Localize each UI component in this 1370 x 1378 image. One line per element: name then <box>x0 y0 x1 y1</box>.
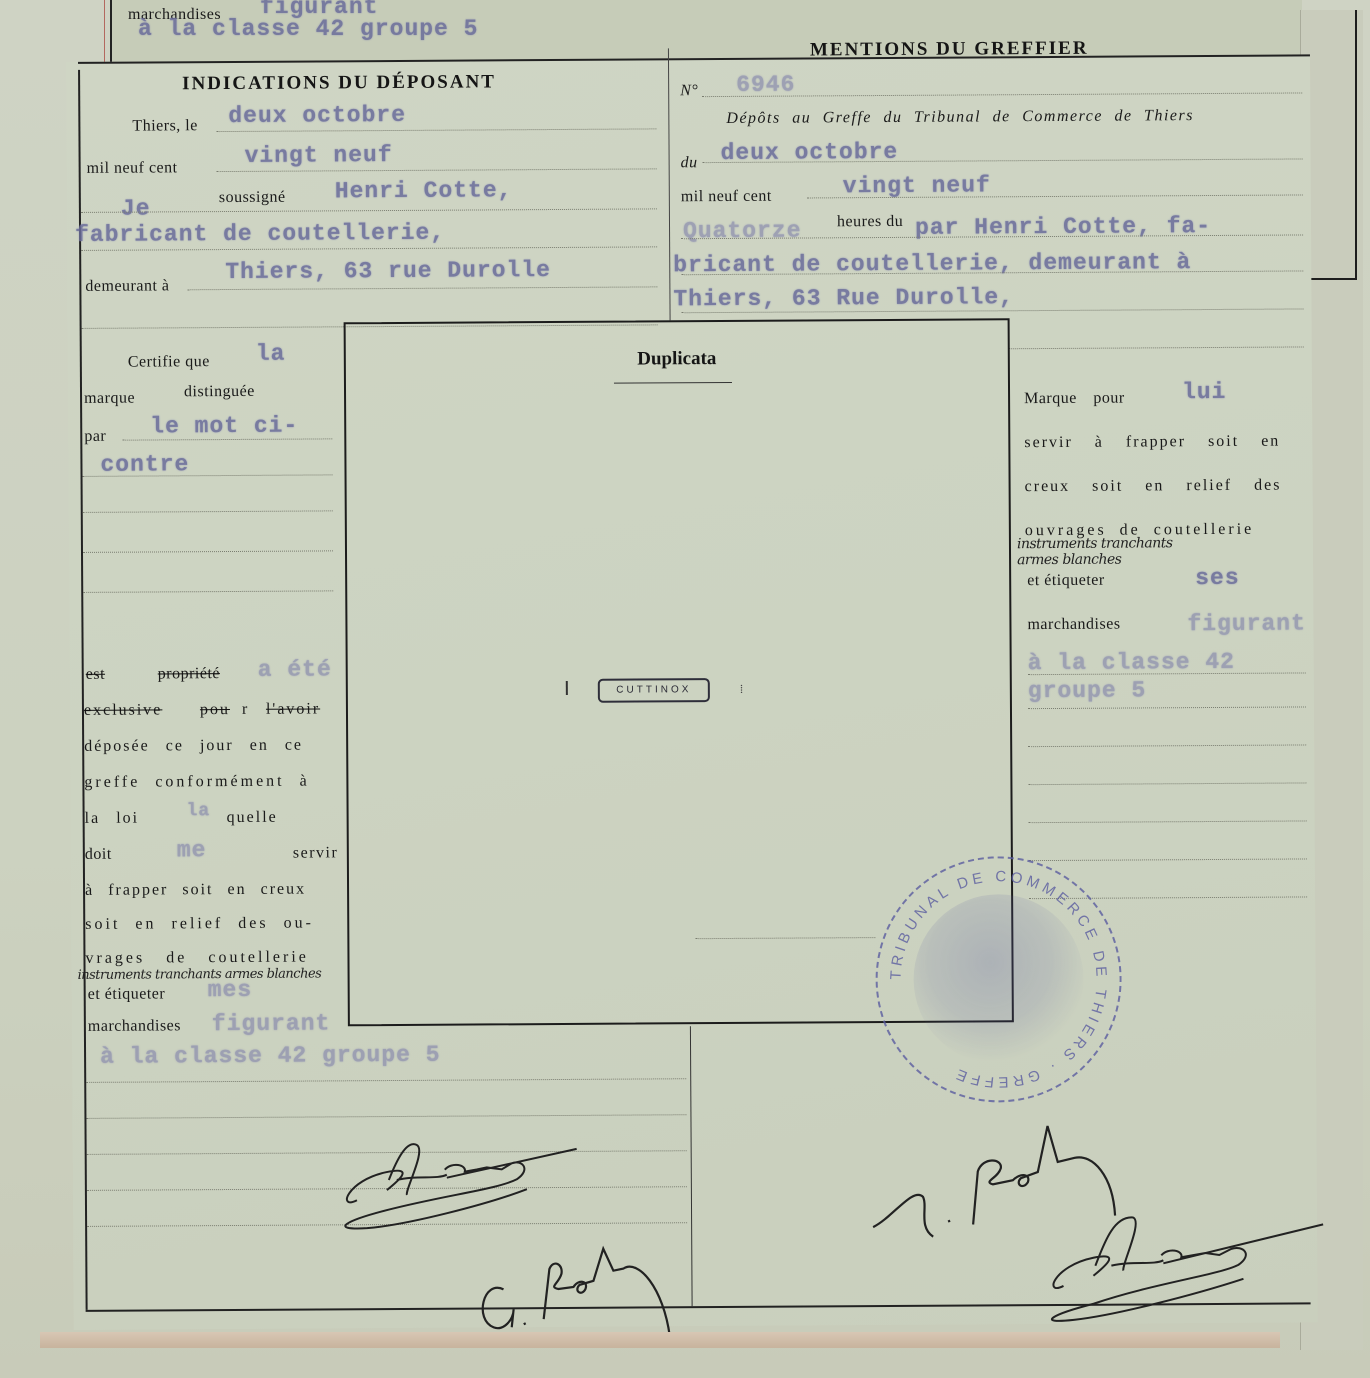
name-typed: Henri Cotte, <box>335 177 513 204</box>
handwritten-addition: instruments tranchants armes blanches <box>78 966 322 982</box>
dotted-line <box>1028 706 1306 709</box>
du-label: du <box>681 154 698 172</box>
struck-propriete: propriété <box>158 665 220 683</box>
dotted-line <box>83 510 333 513</box>
body-line-3-typed: la <box>187 801 211 821</box>
dotted-line <box>83 550 333 553</box>
depositor-heading: INDICATIONS DU DÉPOSANT <box>182 71 496 95</box>
column-divider-top <box>668 48 671 320</box>
left-border <box>78 70 88 1310</box>
sheet-border <box>1355 10 1357 280</box>
dotted-line <box>86 1078 686 1083</box>
serve-line: servir à frapper soit en <box>1024 433 1280 453</box>
dotted-line <box>217 168 657 172</box>
year-label: mil neuf cent <box>87 159 178 178</box>
clerk-handwritten-2: armes blanches <box>1017 552 1121 569</box>
previous-classe-typed: à la classe 42 groupe 5 <box>138 16 478 42</box>
undersigned-label: soussigné <box>219 189 286 207</box>
clerk-year-typed: vingt neuf <box>843 172 991 199</box>
by-label: par <box>84 428 106 446</box>
by-typed-2: contre <box>100 451 189 478</box>
etiqueter-typed: mes <box>208 977 253 1003</box>
dotted-line <box>83 474 333 477</box>
page-stack-edge <box>40 1332 1280 1348</box>
certify-typed: la <box>256 341 286 367</box>
hour-label: heures du <box>837 213 903 231</box>
signature-cotte-right <box>1033 1194 1354 1336</box>
body-line-1: déposée ce jour en ce <box>84 737 303 756</box>
trademark-stamp: CUTTINOX <box>598 678 710 703</box>
classe-typed: à la classe 42 groupe 5 <box>100 1042 441 1070</box>
number-typed: 6946 <box>736 72 795 98</box>
number-label: N° <box>680 82 698 100</box>
stamp-tick-left <box>566 681 568 695</box>
clerk-year-label: mil neuf cent <box>681 188 772 207</box>
clerk-classe-typed-1: à la classe 42 <box>1028 649 1235 676</box>
document-photo: marchandises figurant à la classe 42 gro… <box>0 0 1370 1378</box>
body-line-3b: quelle <box>227 809 278 827</box>
residence-typed: Thiers, 63 rue Durolle <box>225 257 551 285</box>
svg-text:TRIBUNAL DE COMMERCE DE THIERS: TRIBUNAL DE COMMERCE DE THIERS · GREFFE <box>887 867 1111 1091</box>
creux-line: creux soit en relief des <box>1025 477 1282 497</box>
struck-est: est <box>86 666 105 684</box>
struck-lavoir: l'avoir <box>266 700 320 718</box>
pour-r: r <box>242 701 248 719</box>
etiqueter-label: et étiqueter <box>88 985 166 1003</box>
clerk-by-typed-3: Thiers, 63 Rue Durolle, <box>673 284 1014 312</box>
residence-label: demeurant à <box>85 277 169 296</box>
body-line-6: soit en relief des ou- <box>85 915 314 934</box>
body-line-3a: la loi <box>85 810 140 828</box>
dotted-line <box>1028 744 1306 747</box>
distinguished-label: distinguée <box>184 383 255 401</box>
certify-label: Certifie que <box>128 353 210 372</box>
profession-typed: fabricant de coutellerie, <box>75 220 445 248</box>
tribunal-seal: TRIBUNAL DE COMMERCE DE THIERS · GREFFE <box>875 856 1122 1103</box>
deposit-form-sheet: INDICATIONS DU DÉPOSANT Thiers, le deux … <box>66 54 1318 1330</box>
clerk-handwritten-1: instruments tranchants <box>1017 535 1173 552</box>
a-ete-typed: a été <box>258 656 332 682</box>
clerk-merchandises-label: marchandises <box>1027 616 1120 635</box>
clerk-heading: MENTIONS DU GREFFIER <box>810 38 1089 62</box>
body-line-4-typed: me <box>177 837 207 863</box>
clerk-classe-typed-2: groupe 5 <box>1028 677 1147 704</box>
clerk-merchandises-typed: figurant <box>1187 610 1306 637</box>
body-line-7: vrages de coutellerie <box>85 949 308 968</box>
merchandises-typed: figurant <box>212 1010 331 1037</box>
place-label: Thiers, le <box>132 117 198 135</box>
stamp-tick-right: ⁞ <box>740 682 743 697</box>
seal-text-ring: TRIBUNAL DE COMMERCE DE THIERS · GREFFE <box>877 858 1120 1101</box>
by-typed-1: le mot ci- <box>150 413 298 440</box>
year-typed: vingt neuf <box>244 142 392 169</box>
body-line-4a: doit <box>85 846 112 864</box>
mark-label: marque <box>84 390 135 408</box>
clerk-etiqueter-label: et étiqueter <box>1027 572 1105 590</box>
dotted-line <box>122 438 332 440</box>
struck-exclusive: exclusive <box>84 701 163 719</box>
pronoun-typed: Je <box>121 195 151 221</box>
dotted-line <box>187 286 657 290</box>
mark-for-label: Marque pour <box>1024 390 1125 409</box>
struck-pou: pou <box>200 701 230 719</box>
mark-for-typed: lui <box>1182 379 1227 405</box>
body-line-5: à frapper soit en creux <box>85 881 306 900</box>
date-typed: deux octobre <box>228 102 406 129</box>
dotted-line <box>81 208 657 213</box>
body-line-4b: servir <box>293 844 339 862</box>
deposit-label: Dépôts au Greffe du Tribunal de Commerce… <box>726 107 1194 128</box>
dotted-line <box>216 128 656 132</box>
clerk-etiqueter-typed: ses <box>1195 565 1240 591</box>
red-margin-line <box>104 0 105 70</box>
dotted-line <box>83 590 333 593</box>
hour-typed: Quatorze <box>683 218 802 245</box>
body-line-2: greffe conformément à <box>84 773 309 792</box>
title-underline <box>614 382 732 384</box>
duplicata-title: Duplicata <box>346 346 1008 372</box>
signature-roche-left <box>463 1208 704 1339</box>
merchandises-label: marchandises <box>88 1017 181 1036</box>
dotted-line <box>1008 346 1304 349</box>
dotted-line <box>1029 820 1307 823</box>
dotted-line <box>1028 782 1306 785</box>
